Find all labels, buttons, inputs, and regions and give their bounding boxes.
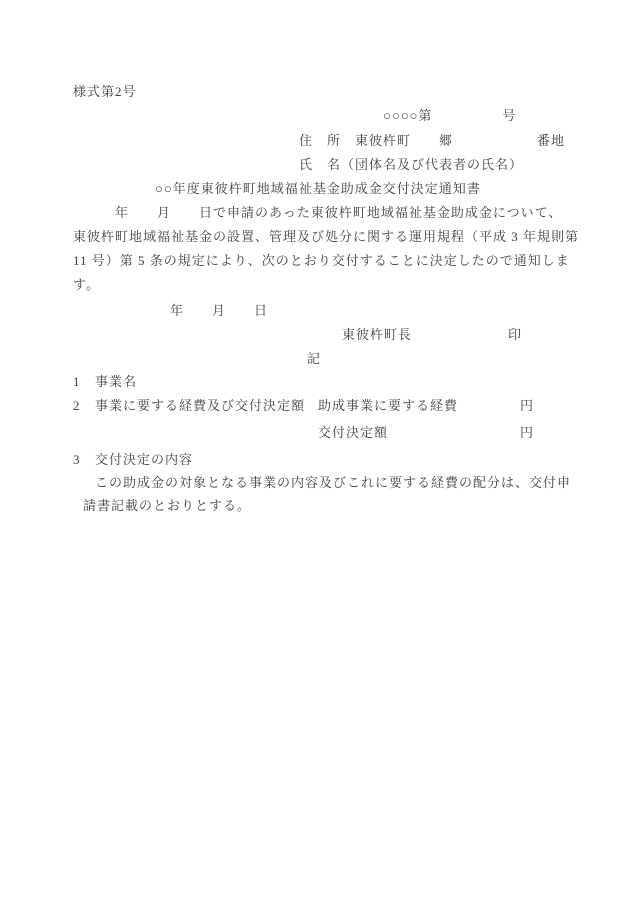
item-2-grant-amount-unit: 円 (520, 425, 534, 440)
form-number: 様式第2号 (73, 84, 137, 99)
section-marker-ki: 記 (307, 351, 321, 366)
item-3-body-line-2: 請書記載のとおりとする。 (83, 498, 251, 513)
date-line: 年 月 日 (170, 303, 268, 318)
item-2-label: 事業に要する経費及び交付決定額 (95, 398, 305, 413)
body-line-1: 年 月 日で申請のあった東彼杵町地域福祉基金助成金について、 (73, 205, 562, 220)
item-3-number: 3 (73, 452, 80, 467)
seal-mark: 印 (508, 327, 522, 342)
recipient-address-line: 住 所 東彼杵町 郷 番地 (299, 133, 565, 148)
body-line-3: 11 号）第 5 条の規定により、次のとおり交付することに決定したので通知しま (73, 253, 570, 268)
item-1-label: 事業名 (95, 374, 137, 389)
mayor-signature: 東彼杵町長 (342, 327, 412, 342)
body-line-2: 東彼杵町地域福祉基金の設置、管理及び処分に関する運用規程（平成 3 年規則第 (73, 229, 579, 244)
document-number: ○○○○第 号 (383, 108, 516, 123)
item-1-number: 1 (73, 374, 80, 389)
body-line-4: す。 (73, 277, 100, 292)
document-page: 様式第2号 ○○○○第 号 住 所 東彼杵町 郷 番地 氏 名（団体名及び代表者… (0, 0, 630, 915)
recipient-name-line: 氏 名（団体名及び代表者の氏名） (299, 157, 523, 172)
document-title: ○○年度東彼杵町地域福祉基金助成金交付決定通知書 (155, 181, 481, 196)
item-2-grant-amount-label: 交付決定額 (318, 425, 388, 440)
item-2-expense-unit: 円 (520, 398, 534, 413)
item-3-label: 交付決定の内容 (95, 452, 193, 467)
item-3-body-line-1: この助成金の対象となる事業の内容及びこれに要する経費の配分は、交付申 (95, 475, 571, 490)
item-2-number: 2 (73, 398, 80, 413)
item-2-expense-label: 助成事業に要する経費 (318, 398, 458, 413)
